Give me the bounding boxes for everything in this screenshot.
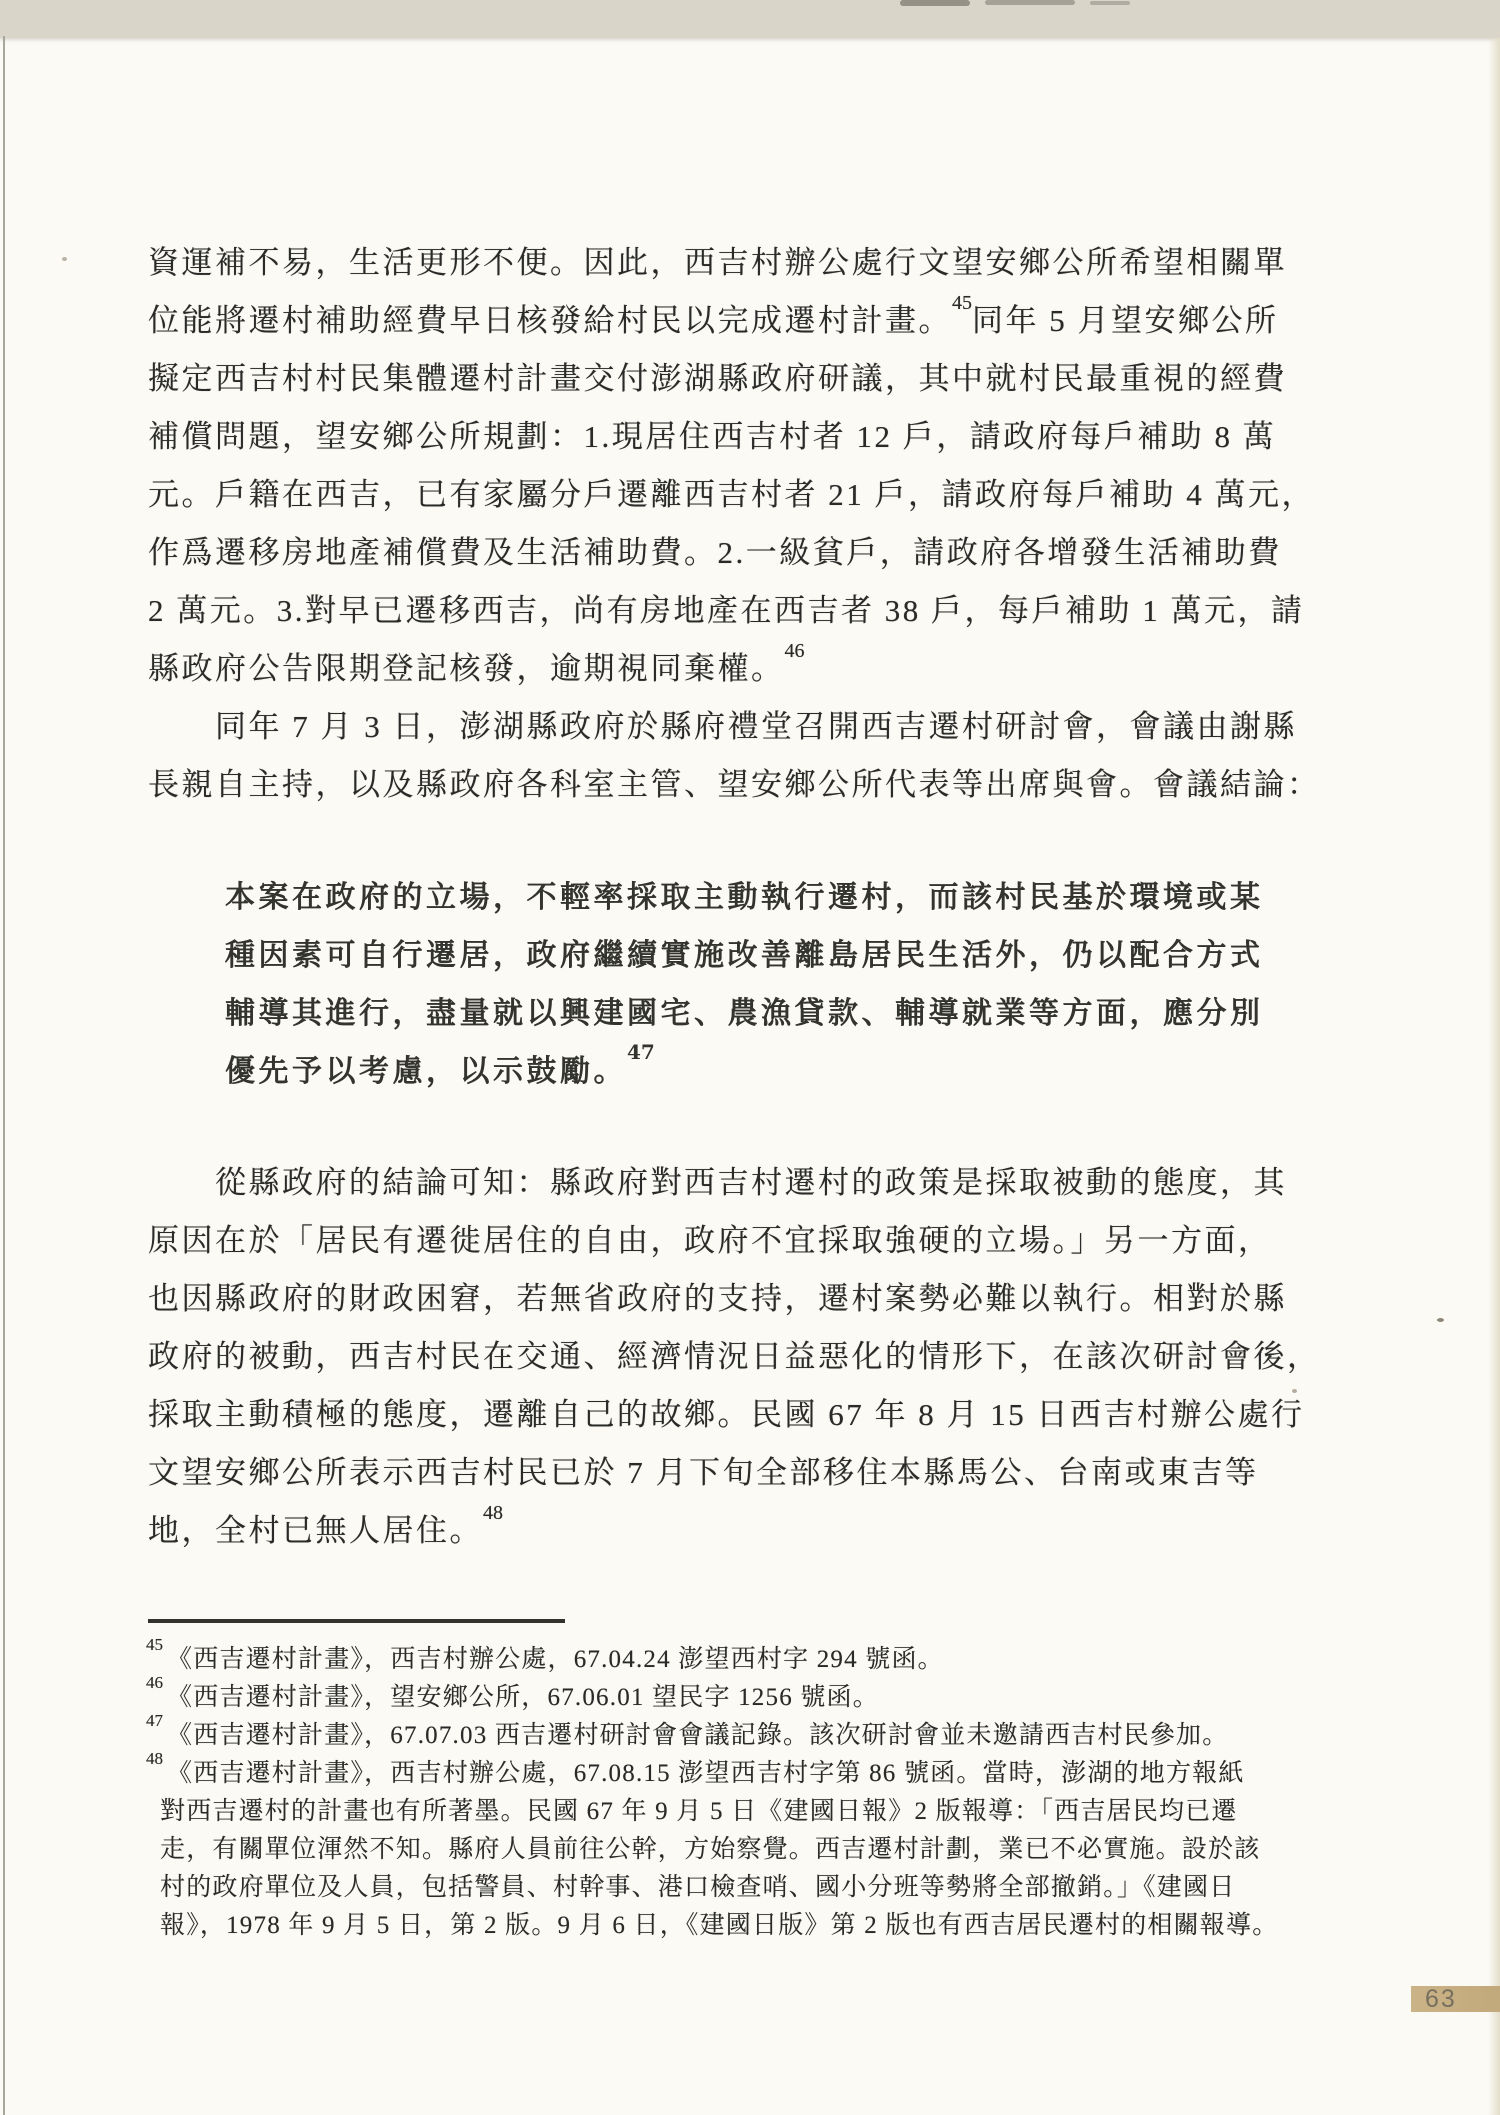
scan-artifact-smudge (1090, 1, 1130, 5)
text-line: 47《西吉遷村計畫》，67.07.03 西吉遷村研討會會議記錄。該次研討會並未邀… (146, 1717, 1276, 1755)
footnote-ref: 48 (146, 1749, 163, 1768)
text-line: 報》，1978 年 9 月 5 日，第 2 版。9 月 6 日，《建國日版》第 … (146, 1907, 1276, 1945)
text-line: 地，全村已無人居住。48 (148, 1502, 1273, 1560)
footnotes: 45《西吉遷村計畫》，西吉村辦公處，67.04.24 澎望西村字 294 號函。… (146, 1641, 1276, 1945)
text-line: 48《西吉遷村計畫》，西吉村辦公處，67.08.15 澎望西吉村字第 86 號函… (146, 1755, 1276, 1793)
text-line: 位能將遷村補助經費早日核發給村民以完成遷村計畫。45同年 5 月望安鄉公所 (148, 292, 1273, 350)
scan-artifact-smudge (985, 0, 1075, 5)
text-line: 46《西吉遷村計畫》，望安鄉公所，67.06.01 望民字 1256 號函。 (146, 1679, 1276, 1717)
text-line: 種因素可自行遷居，政府繼續實施改善離島居民生活外，仍以配合方式 (225, 927, 1285, 985)
text-line: 作爲遷移房地產補償費及生活補助費。2.一級貧戶，請政府各增發生活補助費 (148, 524, 1273, 582)
scan-speck (1292, 1389, 1297, 1393)
text-line: 對西吉遷村的計畫也有所著墨。民國 67 年 9 月 5 日《建國日報》2 版報導… (146, 1793, 1276, 1831)
text-line: 政府的被動，西吉村民在交通、經濟情況日益惡化的情形下，在該次研討會後， (148, 1328, 1273, 1386)
text-line: 也因縣政府的財政困窘，若無省政府的支持，遷村案勢必難以執行。相對於縣 (148, 1270, 1273, 1328)
scanned-page: 資運補不易，生活更形不便。因此，西吉村辦公處行文望安鄉公所希望相關單位能將遷村補… (0, 0, 1500, 2115)
text-line: 資運補不易，生活更形不便。因此，西吉村辦公處行文望安鄉公所希望相關單 (148, 234, 1273, 292)
paragraph-2: 同年 7 月 3 日，澎湖縣政府於縣府禮堂召開西吉遷村研討會，會議由謝縣長親自主… (148, 698, 1273, 814)
page-number-badge: 63 (1411, 1986, 1500, 2012)
footnote-ref: 48 (483, 1502, 503, 1524)
text-line: 45《西吉遷村計畫》，西吉村辦公處，67.04.24 澎望西村字 294 號函。 (146, 1641, 1276, 1679)
text-line: 本案在政府的立場，不輕率採取主動執行遷村，而該村民基於環境或某 (225, 869, 1285, 927)
text-line: 長親自主持，以及縣政府各科室主管、望安鄉公所代表等出席與會。會議結論： (148, 756, 1273, 814)
meeting-conclusion-blockquote: 本案在政府的立場，不輕率採取主動執行遷村，而該村民基於環境或某種因素可自行遷居，… (225, 869, 1285, 1101)
text-line: 縣政府公告限期登記核發，逾期視同棄權。46 (148, 640, 1273, 698)
text-line: 輔導其進行，盡量就以興建國宅、農漁貸款、輔導就業等方面，應分別 (225, 985, 1285, 1043)
footnote-ref: 45 (952, 292, 972, 314)
scan-artifact-smudge (900, 0, 970, 6)
scan-edge-left-line (3, 36, 5, 2115)
text-line: 走，有關單位渾然不知。縣府人員前往公幹，方始察覺。西吉遷村計劃，業已不必實施。設… (146, 1831, 1276, 1869)
text-line: 擬定西吉村村民集體遷村計畫交付澎湖縣政府研議，其中就村民最重視的經費 (148, 350, 1273, 408)
paragraph-3: 從縣政府的結論可知：縣政府對西吉村遷村的政策是採取被動的態度，其原因在於「居民有… (148, 1154, 1273, 1560)
text-line: 原因在於「居民有遷徙居住的自由，政府不宜採取強硬的立場。」另一方面， (148, 1212, 1273, 1270)
text-line: 採取主動積極的態度，遷離自己的故鄉。民國 67 年 8 月 15 日西吉村辦公處… (148, 1386, 1273, 1444)
text-line: 優先予以考慮，以示鼓勵。47 (225, 1043, 1285, 1101)
text-line: 從縣政府的結論可知：縣政府對西吉村遷村的政策是採取被動的態度，其 (148, 1154, 1273, 1212)
text-line: 同年 7 月 3 日，澎湖縣政府於縣府禮堂召開西吉遷村研討會，會議由謝縣 (148, 698, 1273, 756)
scan-speck (62, 257, 67, 261)
text-line: 補償問題，望安鄉公所規劃：1.現居住西吉村者 12 戶，請政府每戶補助 8 萬 (148, 408, 1273, 466)
page-number: 63 (1425, 1985, 1457, 2013)
scan-speck (1437, 1318, 1444, 1322)
text-line: 村的政府單位及人員，包括警員、村幹事、港口檢查哨、國小分班等勢將全部撤銷。」《建… (146, 1869, 1276, 1907)
text-line: 元。戶籍在西吉，已有家屬分戶遷離西吉村者 21 戶，請政府每戶補助 4 萬元， (148, 466, 1273, 524)
footnote-ref: 46 (146, 1673, 163, 1692)
footnote-ref: 46 (785, 640, 805, 662)
text-line: 文望安鄉公所表示西吉村民已於 7 月下旬全部移住本縣馬公、台南或東吉等 (148, 1444, 1273, 1502)
footnote-separator (148, 1619, 565, 1623)
footnote-ref: 47 (146, 1711, 163, 1730)
footnote-ref: 47 (627, 1040, 655, 1064)
scan-edge-top-strip (0, 0, 1500, 38)
scan-edge-right-shade (1488, 38, 1500, 2115)
footnote-ref: 45 (146, 1635, 163, 1654)
text-line: 2 萬元。3.對早已遷移西吉，尚有房地產在西吉者 38 戶，每戶補助 1 萬元，… (148, 582, 1273, 640)
paragraph-1: 資運補不易，生活更形不便。因此，西吉村辦公處行文望安鄉公所希望相關單位能將遷村補… (148, 234, 1273, 698)
